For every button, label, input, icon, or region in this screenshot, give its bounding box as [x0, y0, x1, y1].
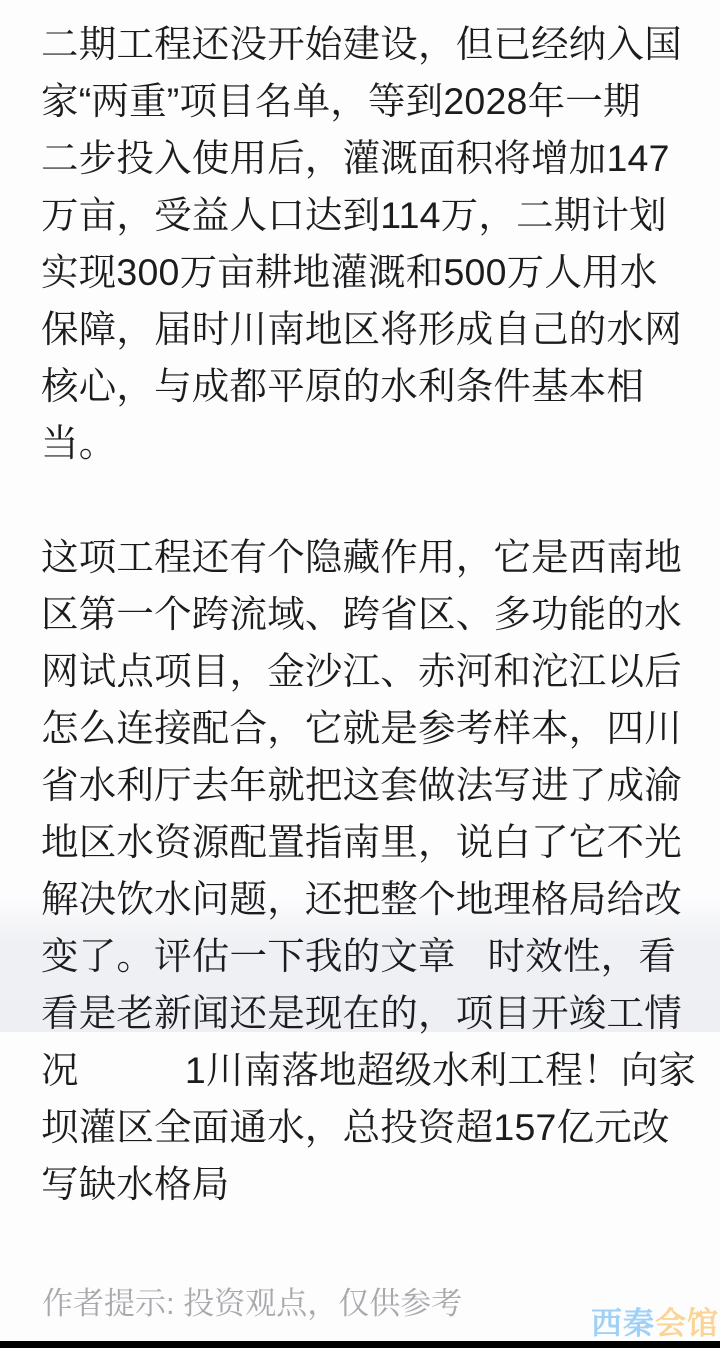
text-line: 万亩，受益人口达到114万，二期计划: [41, 187, 685, 244]
text-line: 网试点项目，金沙江、赤河和沱江以后: [41, 643, 685, 700]
text-line: 实现300万亩耕地灌溉和500万人用水: [41, 244, 685, 301]
paragraph: 这项工程还有个隐藏作用，它是西南地区第一个跨流域、跨省区、多功能的水网试点项目，…: [41, 529, 685, 1213]
bottom-divider-bar: [0, 1341, 720, 1348]
watermark-text-right: 会馆: [655, 1306, 719, 1341]
text-line: 核心，与成都平原的水利条件基本相: [41, 358, 685, 415]
text-line: 家“两重”项目名单，等到2028年一期: [41, 73, 685, 130]
article-text: 二期工程还没开始建设，但已经纳入国家“两重”项目名单，等到2028年一期二步投入…: [41, 16, 685, 1213]
text-line: 况 1川南落地超级水利工程！向家: [41, 1042, 685, 1099]
text-line: 二步投入使用后，灌溉面积将增加147: [41, 130, 685, 187]
text-line: 解决饮水问题，还把整个地理格局给改: [41, 871, 685, 928]
text-line: 怎么连接配合，它就是参考样本，四川: [41, 700, 685, 757]
author-note: 作者提示: 投资观点，仅供参考: [42, 1286, 462, 1322]
text-line: 变了。评估一下我的文章 时效性，看: [41, 928, 685, 985]
text-line: 二期工程还没开始建设，但已经纳入国: [41, 16, 685, 73]
text-line: 保障，届时川南地区将形成自己的水网: [41, 301, 685, 358]
text-line: 省水利厅去年就把这套做法写进了成渝: [41, 757, 685, 814]
text-line: 坝灌区全面通水，总投资超157亿元改: [41, 1099, 685, 1156]
text-line: 这项工程还有个隐藏作用，它是西南地: [41, 529, 685, 586]
text-line: 地区水资源配置指南里，说白了它不光: [41, 814, 685, 871]
text-line: 区第一个跨流域、跨省区、多功能的水: [41, 586, 685, 643]
paragraph: 二期工程还没开始建设，但已经纳入国家“两重”项目名单，等到2028年一期二步投入…: [41, 16, 685, 472]
text-line: 当。: [41, 415, 685, 472]
watermark-text-left: 西秦: [591, 1306, 655, 1341]
text-line: 看是老新闻还是现在的，项目开竣工情: [41, 985, 685, 1042]
text-line: 写缺水格局: [41, 1156, 685, 1213]
watermark: 西秦会馆: [591, 1306, 719, 1342]
